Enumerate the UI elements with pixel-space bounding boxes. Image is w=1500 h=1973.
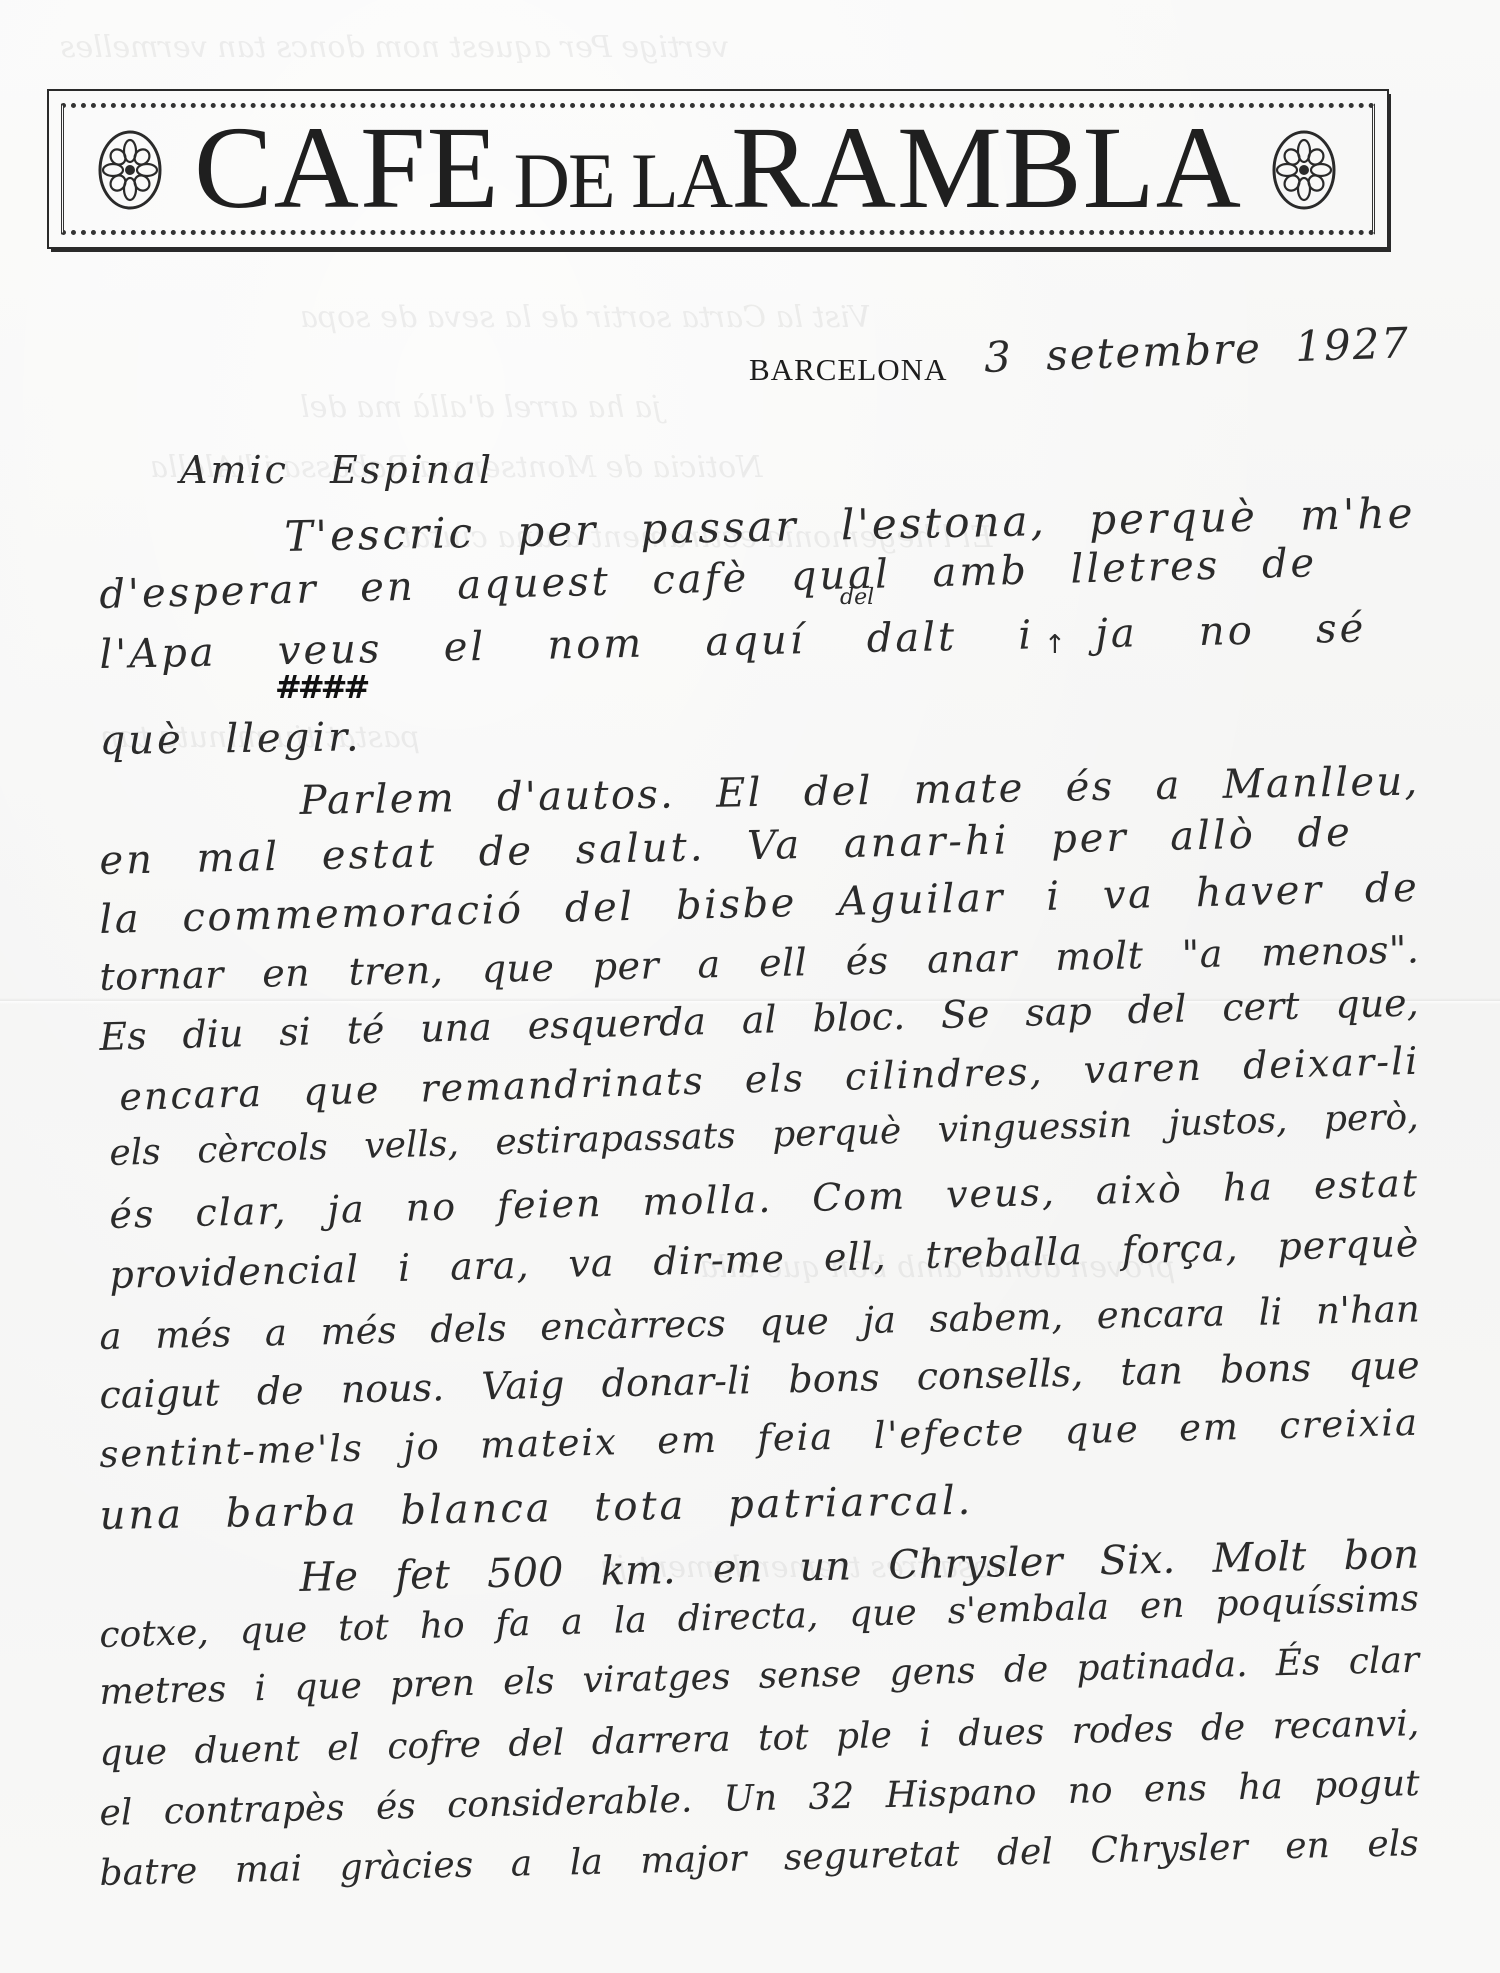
handwritten-line: que duent el cofre del darrera tot ple i… — [99, 1703, 1420, 1774]
handwritten-line: providencial i ara, va dir-me ell, treba… — [109, 1221, 1420, 1297]
title-cafe: CAFE — [194, 102, 500, 233]
handwritten-line: una barba blanca tota patriarcal. — [99, 1478, 973, 1539]
handwritten-line: què llegir. — [99, 714, 361, 764]
insertion-del: del — [840, 585, 874, 610]
letter-page: vertige Per aquest nom doncs tan vermell… — [0, 0, 1500, 1973]
letterhead-title: CAFEDE LARAMBLA — [49, 109, 1387, 227]
handwritten-line: el contrapès és considerable. Un 32 Hisp… — [99, 1763, 1420, 1834]
letter-date: 3 setembre 1927 — [983, 318, 1411, 382]
place-name: BARCELONA — [749, 352, 947, 388]
title-rambla: RAMBLA — [731, 102, 1242, 233]
rosette-icon — [1271, 129, 1337, 211]
struck-word: #### — [275, 668, 366, 706]
title-de-la: DE LA — [514, 137, 731, 224]
handwritten-line: batre mai gràcies a la major seguretat d… — [99, 1823, 1419, 1894]
salutation: Amic Espinal — [180, 448, 494, 492]
handwritten-line: metres i que pren els viratges sense gen… — [99, 1640, 1420, 1713]
caret-arrow-icon: ↑ — [1044, 630, 1066, 660]
letterhead-frame: CAFEDE LARAMBLA — [47, 89, 1389, 249]
